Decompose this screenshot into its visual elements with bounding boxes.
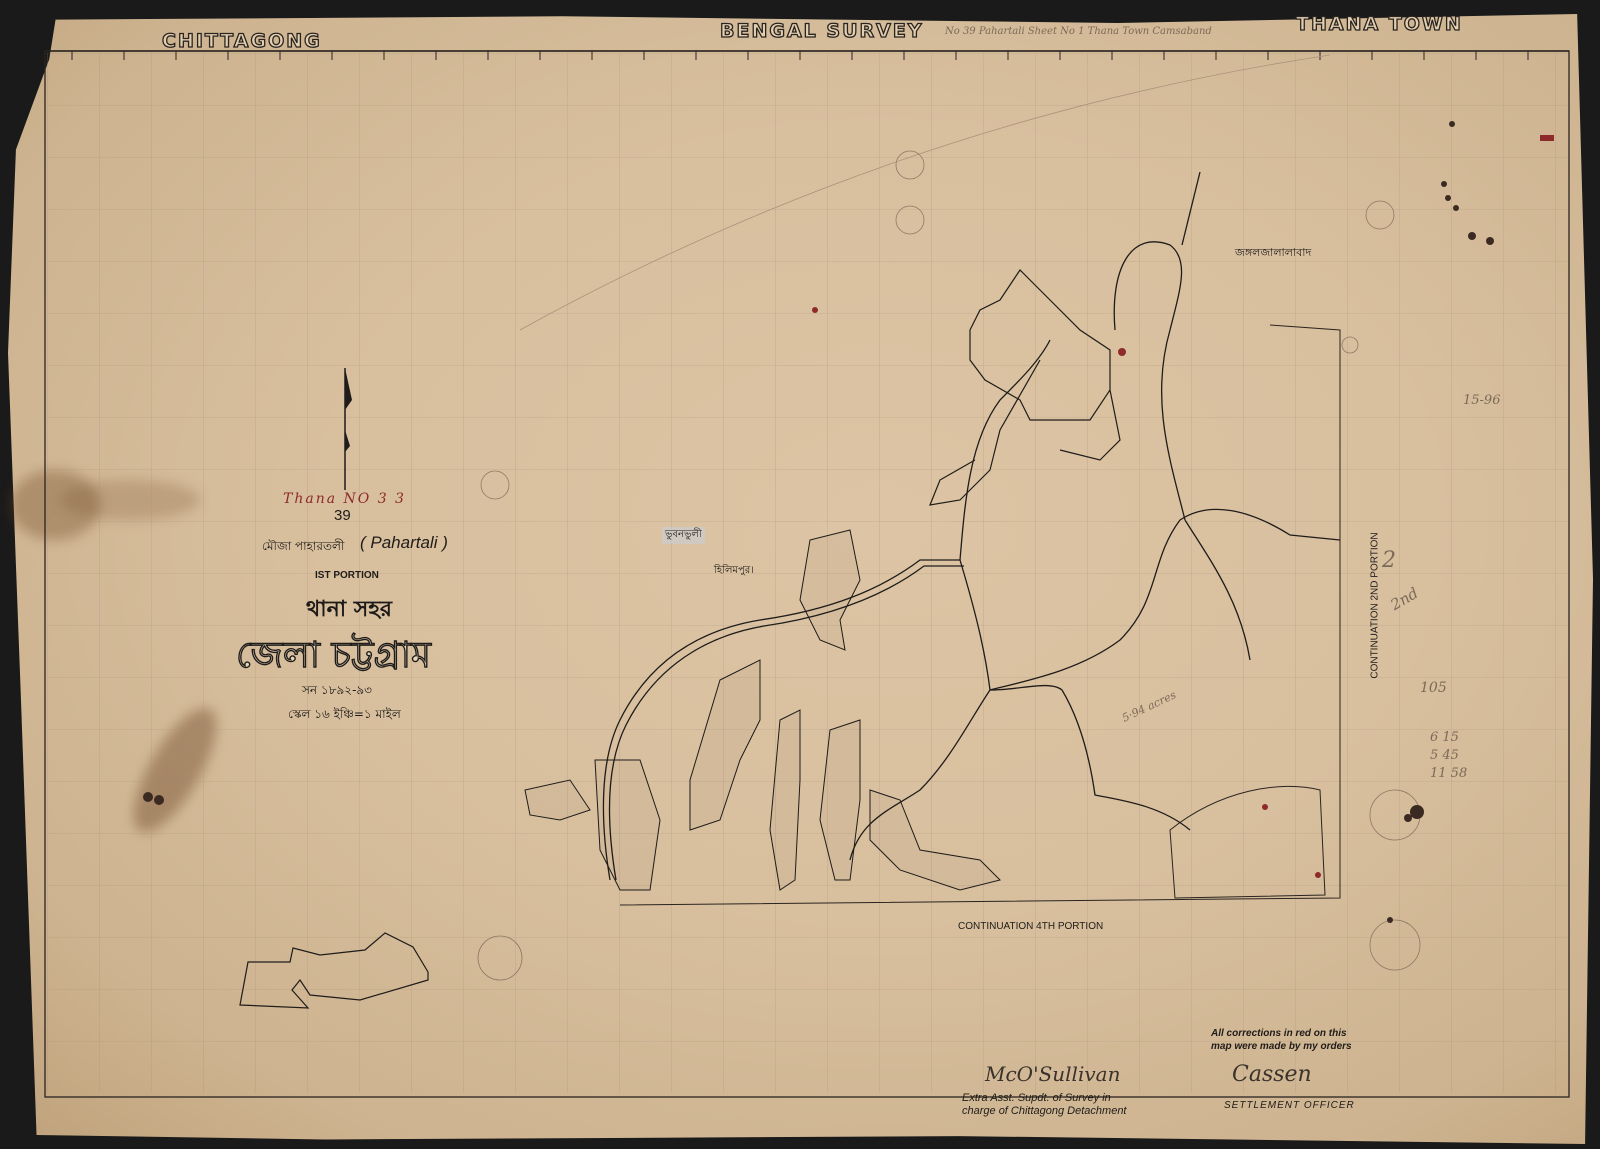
area-label-jalalabad: জঙ্গলজালালাবাদ [1235, 244, 1311, 263]
village-label-2: হিলিমপুর। [714, 563, 754, 580]
portion-label: IST PORTION [315, 570, 379, 581]
corrections-note-line2: map were made by my orders [1211, 1041, 1352, 1052]
scale-bn: স্কেল ১৬ ইঞ্চি=১ মাইল [288, 706, 401, 726]
margin-note: 5 45 [1430, 748, 1459, 763]
margin-note: 105 [1420, 680, 1447, 696]
settlement-officer-title: SETTLEMENT OFFICER [1224, 1100, 1355, 1111]
margin-note: 11 58 [1430, 766, 1467, 781]
surveyor-signature: McO'Sullivan [985, 1062, 1120, 1086]
mouza-name-en: ( Pahartali ) [360, 533, 448, 553]
year-bn: সন ১৮৯২-৯৩ [302, 682, 372, 702]
margin-note: 6 15 [1430, 730, 1459, 745]
settlement-officer-signature: Cassen [1232, 1062, 1312, 1087]
continuation-4th-portion: CONTINUATION 4TH PORTION [958, 921, 1103, 932]
thana-name-bn: থানা সহর [306, 592, 392, 629]
header-handwritten-note: No 39 Pahartali Sheet No 1 Thana Town Ca… [945, 26, 1212, 37]
margin-note: 2 [1382, 548, 1396, 573]
thana-number-note: Thana NO 3 3 [283, 491, 406, 507]
header-sheet-type: THANA TOWN [1296, 13, 1463, 35]
mouza-number: 39 [334, 507, 351, 524]
map-sheet: CHITTAGONG BENGAL SURVEY THANA TOWN No 3… [0, 0, 1600, 1149]
village-label-1: ভুবনভুলী [662, 527, 705, 544]
map-drawing [0, 0, 1600, 1149]
margin-note: 15-96 [1463, 393, 1500, 408]
district-name-bn: জেলা চট্টগ্রাম [236, 628, 431, 688]
header-survey: BENGAL SURVEY [720, 20, 924, 42]
header-district: CHITTAGONG [162, 30, 322, 52]
continuation-2nd-portion: CONTINUATION 2ND PORTION [1370, 532, 1381, 678]
surveyor-title-line2: charge of Chittagong Detachment [962, 1105, 1127, 1117]
mouza-name-bn: মৌজা পাহারতলী [262, 538, 344, 558]
surveyor-title-line1: Extra Asst. Supdt. of Survey in [962, 1092, 1111, 1104]
corrections-note-line1: All corrections in red on this [1211, 1028, 1347, 1039]
